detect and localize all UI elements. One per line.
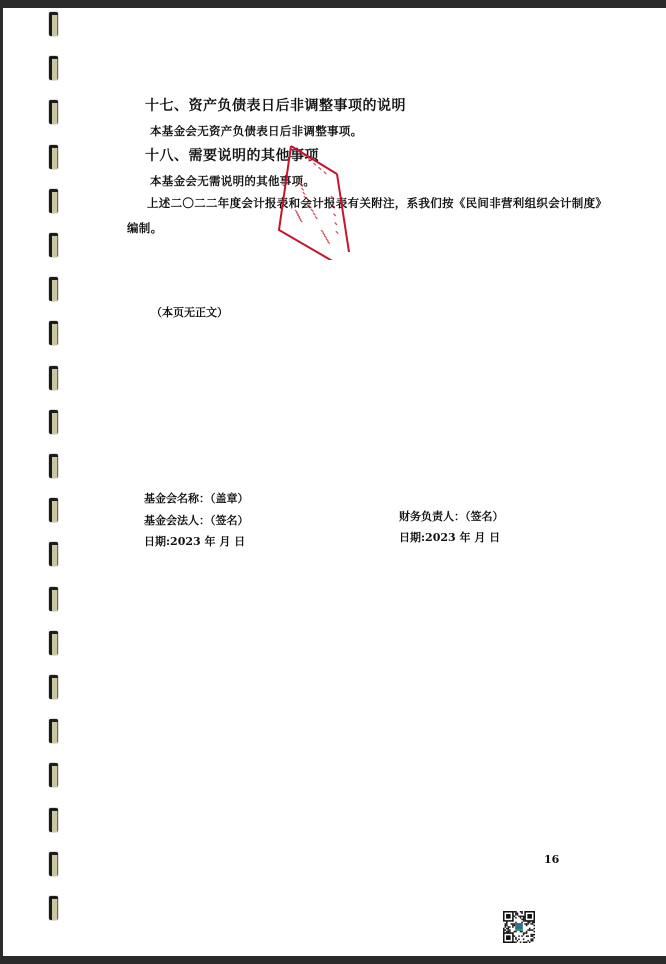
binding-hole [49,277,58,301]
binding-hole [49,454,58,478]
qr-code-icon[interactable] [503,911,535,943]
document-page: 十七、资产负债表日后非调整事项的说明 本基金会无资产负债表日后非调整事项。 十八… [3,8,666,956]
official-seal-stamp [277,140,365,260]
no-text-note: （本页无正文） [151,304,228,320]
binding-hole [49,233,58,257]
closing-statement-line2: 编制。 [127,220,162,236]
section-17-body: 本基金会无资产负债表日后非调整事项。 [150,123,362,139]
binding-hole [49,675,58,699]
finance-head-label: 财务负责人：（签名） [399,508,504,524]
date-left-label: 日期:2023 年 月 日 [144,533,245,549]
binding-hole [49,410,58,434]
binding-hole [49,56,58,80]
binding-hole [49,366,58,390]
closing-statement-line1: 上述二〇二二年度会计报表和会计报表有关附注，系我们按《民间非营利组织会计制度》 [147,195,607,211]
binding-hole [49,145,58,169]
section-17-heading: 十七、资产负债表日后非调整事项的说明 [145,95,406,115]
binding-hole [49,12,58,36]
binding-hole [49,763,58,787]
binding-hole [49,808,58,832]
binding-hole [49,542,58,566]
page-number: 16 [544,853,559,866]
binding-hole [49,896,58,920]
legal-representative-label: 基金会法人：（签名） [144,512,249,528]
binding-hole [49,321,58,345]
binding-hole [49,852,58,876]
binding-hole [49,498,58,522]
binding-hole [49,631,58,655]
binding-hole [49,189,58,213]
binding-hole [49,719,58,743]
foundation-name-label: 基金会名称：（盖章） [144,490,249,506]
binding-hole [49,587,58,611]
binding-hole [49,100,58,124]
date-right-label: 日期:2023 年 月 日 [399,529,500,545]
